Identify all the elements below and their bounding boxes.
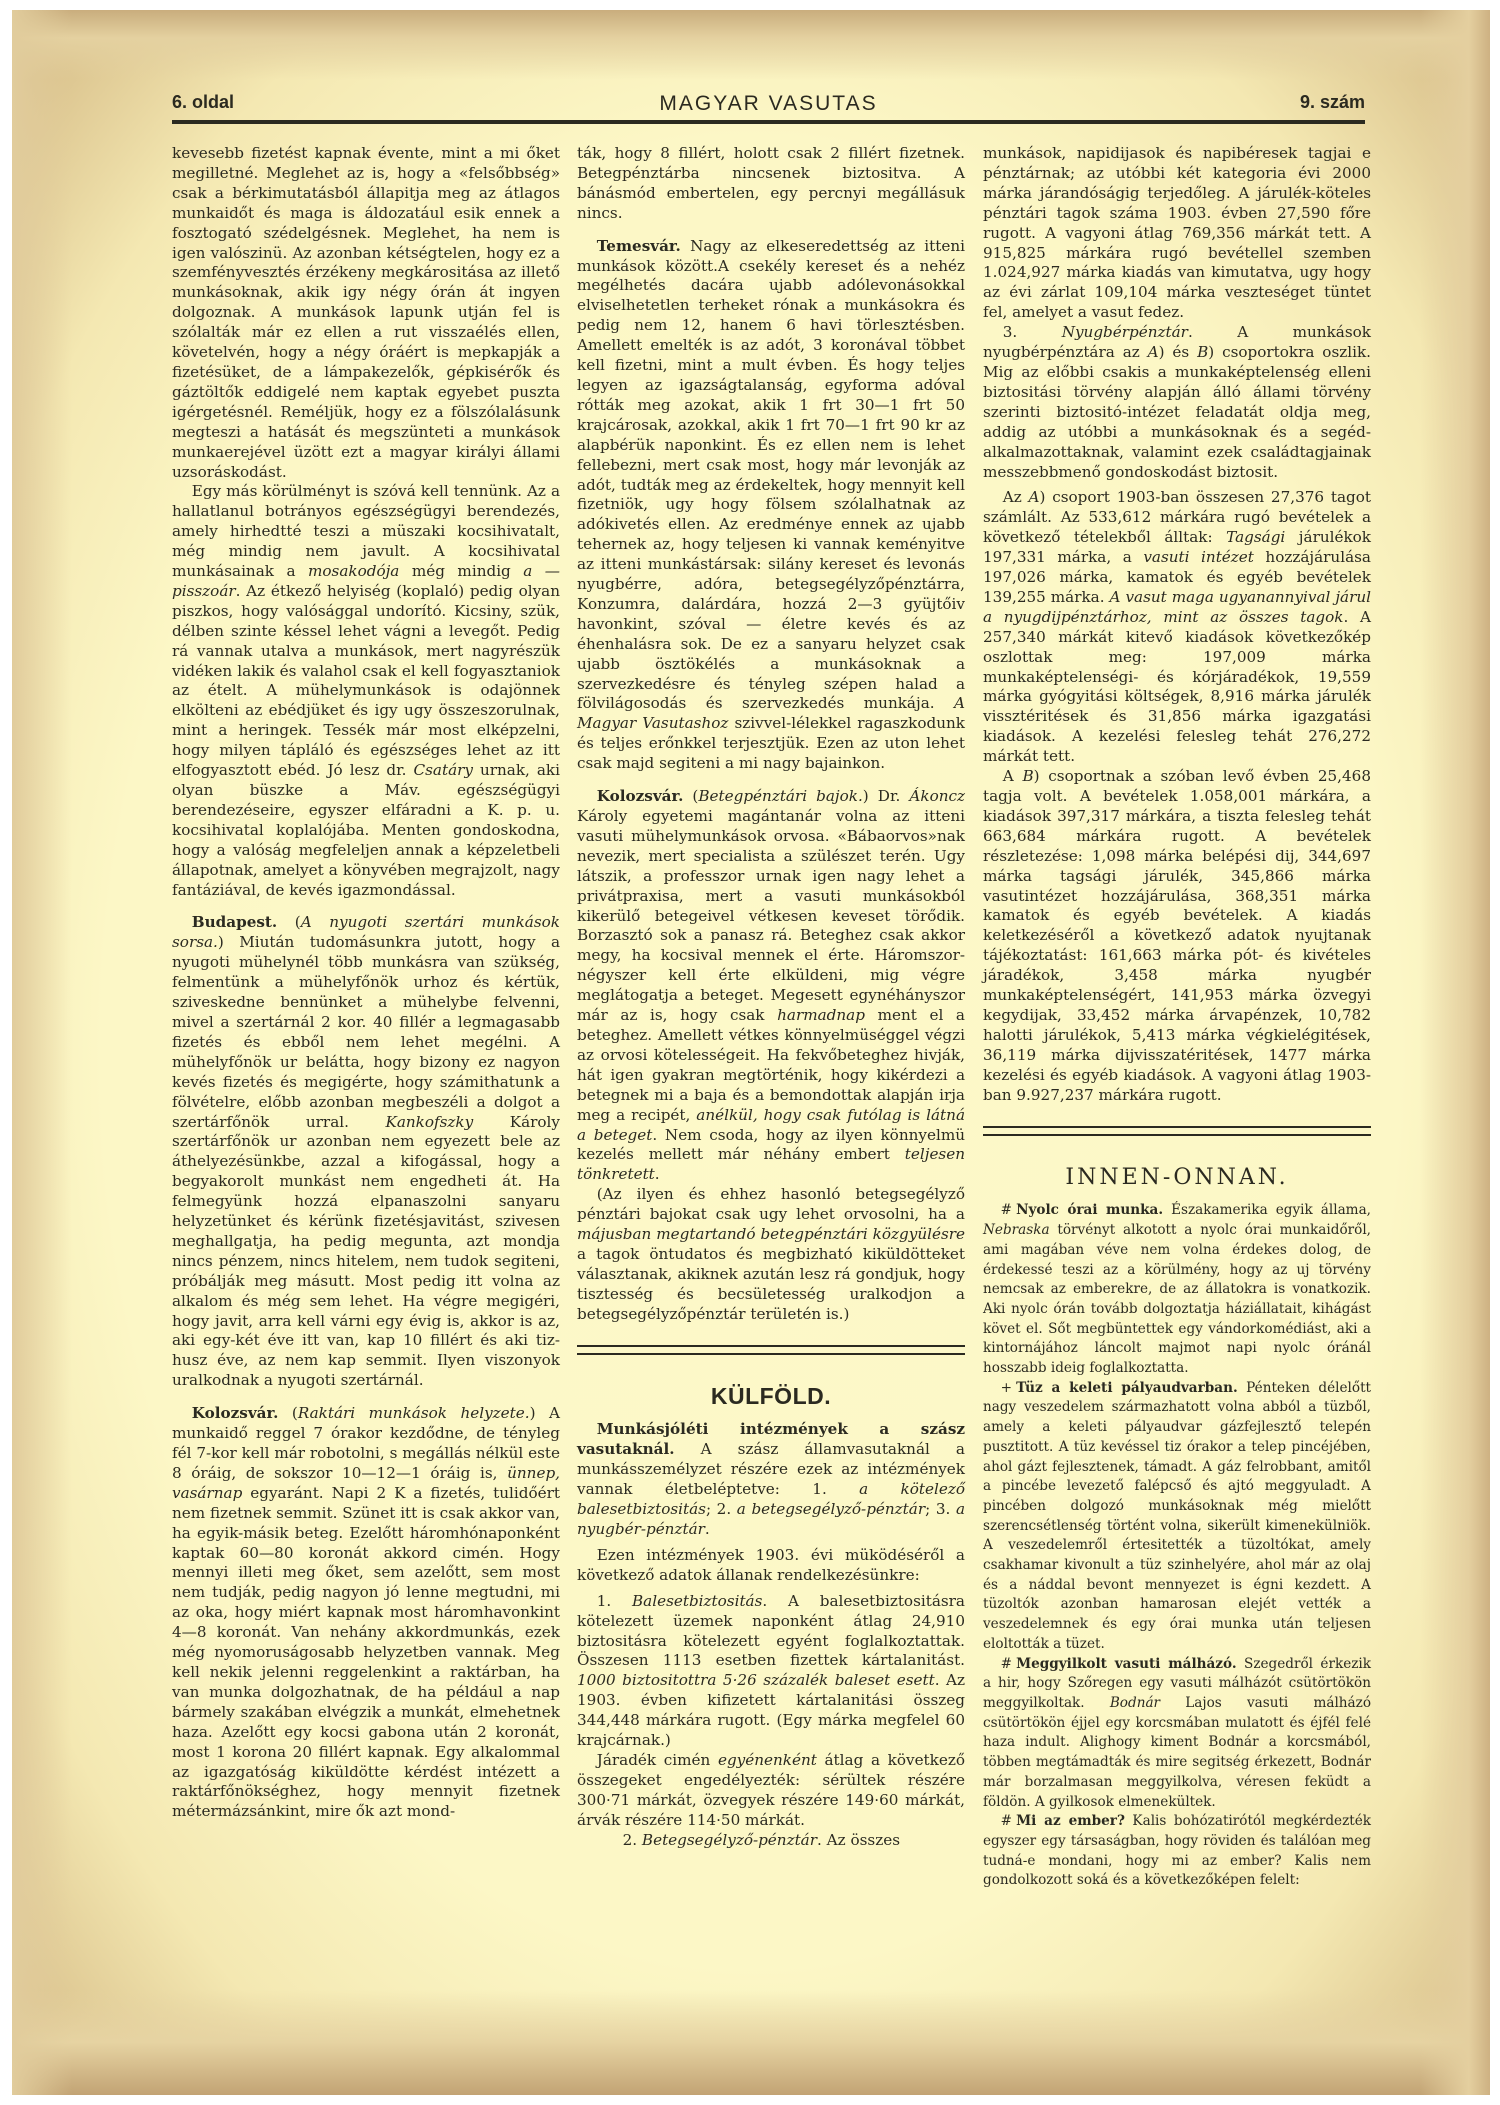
paper-stain-right (1420, 10, 1490, 2095)
column-1: kevesebb fizetést kapnak évente, mint a … (172, 144, 560, 1822)
news-item: #Nyolc órai munka. Északamerika egyik ál… (983, 1201, 1371, 1378)
news-item-heading: Nyolc órai munka. (1016, 1202, 1163, 1218)
news-items: #Nyolc órai munka. Északamerika egyik ál… (983, 1201, 1371, 1891)
article-heading: Temesvár. (597, 237, 681, 255)
paper-stain-bottom (12, 1990, 1490, 2095)
article-szasz: Munkásjóléti intézmények a szász vasutak… (577, 1420, 965, 1539)
header-rule (172, 120, 1365, 124)
article-paragraph: Egy más körülményt is szóvá kell tennünk… (172, 482, 560, 900)
article-kolozsvar-2: Kolozsvár. (Betegpénztári bajok.) Dr. Ák… (577, 787, 965, 1185)
page-header: 6. oldal MAGYAR VASUTAS 9. szám (172, 92, 1365, 122)
section-title-innen-onnan: INNEN-ONNAN. (983, 1168, 1371, 1188)
article-paragraph: Az A) csoport 1903-ban összesen 27,376 t… (983, 488, 1371, 767)
article-paragraph: 1. Balesetbiztositás. A balesetbiztositá… (577, 1592, 965, 1751)
editor-note: (Az ilyen és ehhez hasonló betegsegélyző… (577, 1185, 965, 1324)
section-divider (983, 1126, 1371, 1136)
news-item: #Meggyilkolt vasuti málházó. Szegedről é… (983, 1655, 1371, 1813)
news-item: +Tüz a keleti pályaudvarban. Pénteken dé… (983, 1379, 1371, 1655)
article-paragraph: Ezen intézmények 1903. évi müködéséről a… (577, 1546, 965, 1586)
article-paragraph: A B) csoportnak a szóban levő évben 25,4… (983, 767, 1371, 1105)
paper-stain-top (12, 10, 1490, 80)
article-paragraph: 3. Nyugbérpénztár. A munkások nyugbérpén… (983, 323, 1371, 482)
news-item-heading: Tüz a keleti pályaudvarban. (1016, 1380, 1238, 1396)
news-item-heading: Meggyilkolt vasuti málházó. (1016, 1656, 1237, 1672)
article-paragraph: Járadék cimén egyénenként átlag a követk… (577, 1751, 965, 1831)
hash-mark-icon: # (1001, 1656, 1012, 1672)
article-temesvar: Temesvár. Nagy az elkeseredettség az itt… (577, 237, 965, 774)
hash-mark-icon: # (1001, 1813, 1012, 1829)
cross-mark-icon: + (1001, 1380, 1012, 1396)
newspaper-title: MAGYAR VASUTAS (172, 92, 1365, 116)
article-paragraph: 2. Betegsegélyző-pénztár. Az összes (577, 1831, 965, 1851)
article-heading: Kolozsvár. (192, 1404, 279, 1422)
section-title-kulfold: KÜLFÖLD. (577, 1387, 965, 1407)
hash-mark-icon: # (1001, 1202, 1012, 1218)
article-kolozsvar: Kolozsvár. (Raktári munkások helyzete.) … (172, 1404, 560, 1822)
article-continuation: munkások, napidijasok és napibéresek tag… (983, 144, 1371, 323)
section-divider (577, 1345, 965, 1355)
article-heading: Budapest. (192, 913, 277, 931)
column-3: munkások, napidijasok és napibéresek tag… (983, 144, 1371, 1891)
article-continuation: kevesebb fizetést kapnak évente, mint a … (172, 144, 560, 482)
column-2: ták, hogy 8 fillért, holott csak 2 fillé… (577, 144, 965, 1851)
article-budapest: Budapest. (A nyugoti szertári munkások s… (172, 913, 560, 1391)
news-item: #Mi az ember? Kalis bohózatirótól megkér… (983, 1812, 1371, 1891)
news-item-heading: Mi az ember? (1016, 1813, 1125, 1829)
paper-stain-left (12, 10, 72, 2095)
article-continuation: ták, hogy 8 fillért, holott csak 2 fillé… (577, 144, 965, 224)
issue-number: 9. szám (1300, 92, 1365, 113)
article-heading: Kolozsvár. (597, 787, 684, 805)
